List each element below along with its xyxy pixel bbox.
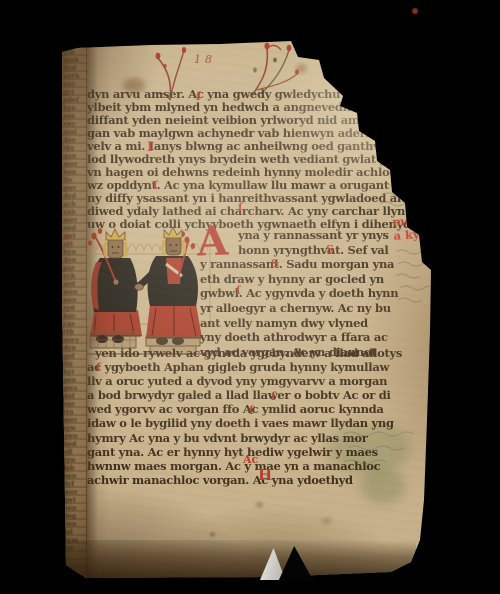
- text-line: yr alloegyr a chernyw. Ac ny bu: [200, 301, 398, 316]
- rubric-mark: I: [147, 140, 153, 155]
- text-line: ant velly namyn dwy vlyned: [200, 316, 398, 331]
- manuscript-photo: yth mab llyd wrth eny gyt adef kyn oes r…: [0, 0, 500, 594]
- rubric-mark: ſ: [249, 404, 254, 417]
- rubric-mark: H: [258, 466, 272, 484]
- gutter-stripes: [60, 46, 87, 574]
- bottom-page-edges: [64, 540, 416, 578]
- margin-note-line: a kymdu: [393, 226, 448, 243]
- text-line: honn yryngthvnt. Sef val: [200, 243, 398, 258]
- rubric-mark: ſ: [96, 361, 101, 374]
- rubric-mark: S: [271, 257, 279, 270]
- rubric-mark: ſ: [238, 201, 243, 214]
- text-line: eth draw y hynny ar gocled yn: [200, 272, 398, 287]
- red-margin-note: morgan a kymdu: [392, 212, 448, 243]
- rubric-mark: ſ: [153, 179, 158, 192]
- red-speck: [412, 8, 418, 14]
- rubric-mark: S: [326, 243, 334, 256]
- text-line: ac ygyboeth Aphan gigleb gruda hynny kym…: [87, 360, 402, 374]
- text-line: wed ygorvv ac vorgan ffo Ac ymlid aoruc …: [87, 402, 402, 416]
- folio-number: 18: [194, 53, 216, 66]
- text-line: gwbwl. Ac ygynvda y doeth hynn: [200, 286, 398, 301]
- margin-scribbles-middle: [394, 246, 450, 308]
- rubric-mark: Ac: [243, 453, 258, 466]
- freckle-stain: [256, 502, 263, 508]
- text-line: llv a oruc yuted a dyvod yny ymgyvarvv a…: [87, 374, 402, 388]
- text-line: achwir manachloc vorgan. Ac yna ydoethyd: [87, 473, 402, 487]
- margin-note-line: morgan: [392, 212, 447, 229]
- rubric-mark: ſ: [196, 90, 201, 103]
- rubric-mark: ſ: [271, 390, 276, 403]
- text-line: yna y rannassant yr ynys: [200, 228, 398, 243]
- margin-scribbles-top: [378, 178, 438, 212]
- text-line: a bod brwydyr galed a llad llawer o bobt…: [87, 388, 402, 402]
- miniature-two-seated-kings: [84, 224, 214, 360]
- gutter-page-edge: yth mab llyd wrth eny gyt adef kyn oes r…: [60, 46, 87, 574]
- text-line: y rannassant. Sadu morgan yna: [200, 257, 398, 272]
- rubric-mark: ſ: [236, 284, 241, 297]
- margin-scribbles-bottom: [342, 426, 434, 472]
- freckle-stain: [322, 518, 331, 524]
- freckle-stain: [210, 532, 215, 537]
- text-line: yen ido rywelv ac gynvda ygcbynderv a ll…: [87, 346, 402, 360]
- text-line: yny doeth athrodwyr a ffara ac: [200, 330, 398, 345]
- manuscript-page: yth mab llyd wrth eny gyt adef kyn oes r…: [60, 40, 446, 580]
- king-figure-right: [135, 227, 202, 345]
- main-text-block: dyn arvu amser. Ac yna gwedy gwledychu o…: [87, 88, 425, 231]
- wrap-text-block: yna y rannassant yr ynys honn yryngthvnt…: [200, 228, 398, 359]
